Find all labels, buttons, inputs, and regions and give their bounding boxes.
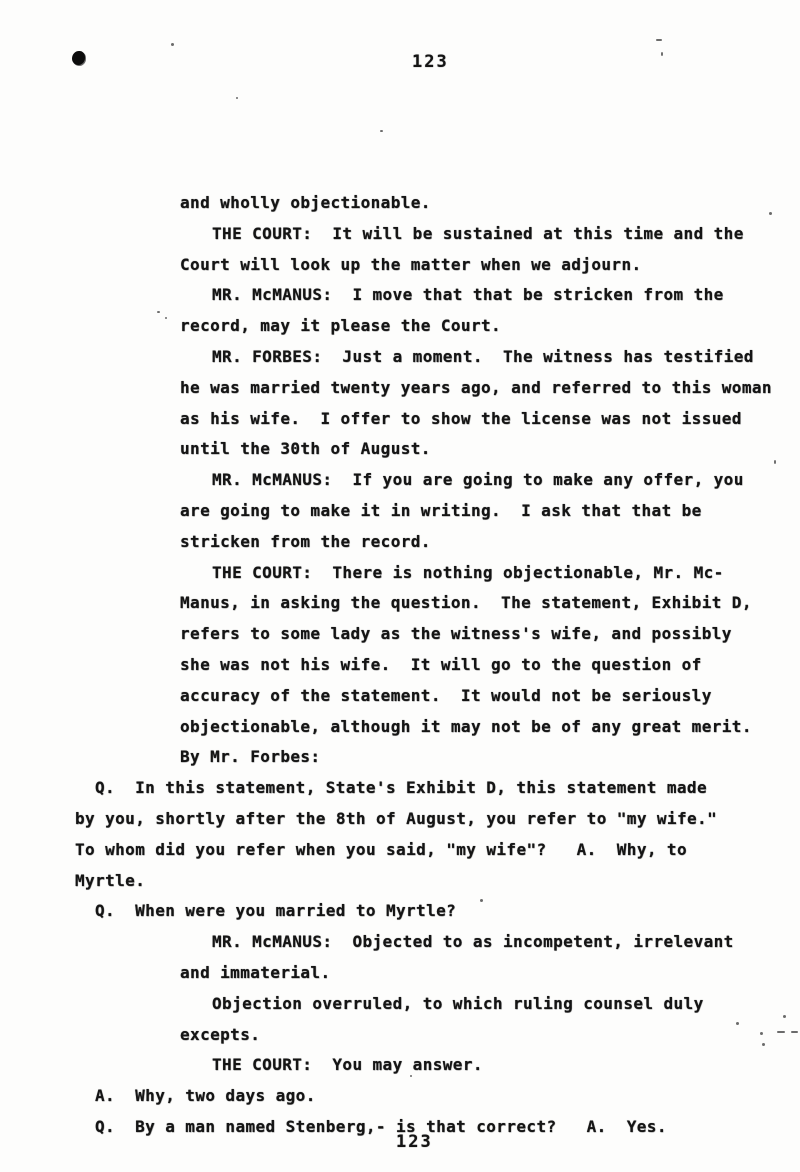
ink-speck [760, 1032, 763, 1035]
transcript-line: and wholly objectionable. [0, 188, 800, 219]
ink-speck [656, 39, 662, 41]
transcript-line: are going to make it in writing. I ask t… [0, 496, 800, 527]
transcript-line: MR. McMANUS: Objected to as incompetent,… [0, 927, 800, 958]
ink-speck [777, 1031, 785, 1033]
ink-blob-mark [72, 51, 85, 65]
transcript-line: Court will look up the matter when we ad… [0, 250, 800, 281]
transcript-line: Q. In this statement, State's Exhibit D,… [0, 773, 800, 804]
ink-speck [236, 97, 238, 99]
ink-speck [410, 1075, 412, 1077]
transcript-line: she was not his wife. It will go to the … [0, 650, 800, 681]
ink-speck [762, 1043, 765, 1046]
transcript-line: Q. When were you married to Myrtle? [0, 896, 800, 927]
ink-speck [774, 460, 776, 464]
ink-speck [736, 1022, 739, 1025]
transcript-line: THE COURT: It will be sustained at this … [0, 219, 800, 250]
ink-speck [791, 1031, 798, 1033]
transcript-line: A. Why, two days ago. [0, 1081, 800, 1112]
ink-speck [480, 899, 483, 902]
transcript-line: as his wife. I offer to show the license… [0, 404, 800, 435]
transcript-line: and immaterial. [0, 958, 800, 989]
transcript-body: and wholly objectionable. THE COURT: It … [0, 188, 800, 1143]
scanned-transcript-page: 123 and wholly objectionable. THE COURT:… [0, 0, 800, 1172]
transcript-line: until the 30th of August. [0, 434, 800, 465]
transcript-line: he was married twenty years ago, and ref… [0, 373, 800, 404]
transcript-line: refers to some lady as the witness's wif… [0, 619, 800, 650]
ink-speck [783, 1015, 786, 1018]
transcript-line: To whom did you refer when you said, "my… [0, 835, 800, 866]
transcript-line: excepts. [0, 1020, 800, 1051]
transcript-line: record, may it please the Court. [0, 311, 800, 342]
ink-speck [769, 212, 772, 215]
transcript-line: by you, shortly after the 8th of August,… [0, 804, 800, 835]
transcript-line: MR. FORBES: Just a moment. The witness h… [0, 342, 800, 373]
ink-speck [380, 130, 383, 132]
ink-speck [157, 311, 160, 313]
ink-speck [661, 52, 663, 56]
ink-speck [171, 43, 174, 46]
page-number-bottom: 123 [396, 1132, 433, 1152]
transcript-line: Manus, in asking the question. The state… [0, 588, 800, 619]
transcript-line: Objection overruled, to which ruling cou… [0, 989, 800, 1020]
transcript-line: By Mr. Forbes: [0, 742, 800, 773]
ink-speck [165, 317, 167, 319]
transcript-line: accuracy of the statement. It would not … [0, 681, 800, 712]
transcript-line: MR. McMANUS: I move that that be stricke… [0, 280, 800, 311]
transcript-line: MR. McMANUS: If you are going to make an… [0, 465, 800, 496]
transcript-line: THE COURT: You may answer. [0, 1050, 800, 1081]
transcript-line: objectionable, although it may not be of… [0, 712, 800, 743]
page-number-top: 123 [412, 52, 449, 72]
transcript-line: stricken from the record. [0, 527, 800, 558]
transcript-line: Myrtle. [0, 866, 800, 897]
transcript-line: THE COURT: There is nothing objectionabl… [0, 558, 800, 589]
